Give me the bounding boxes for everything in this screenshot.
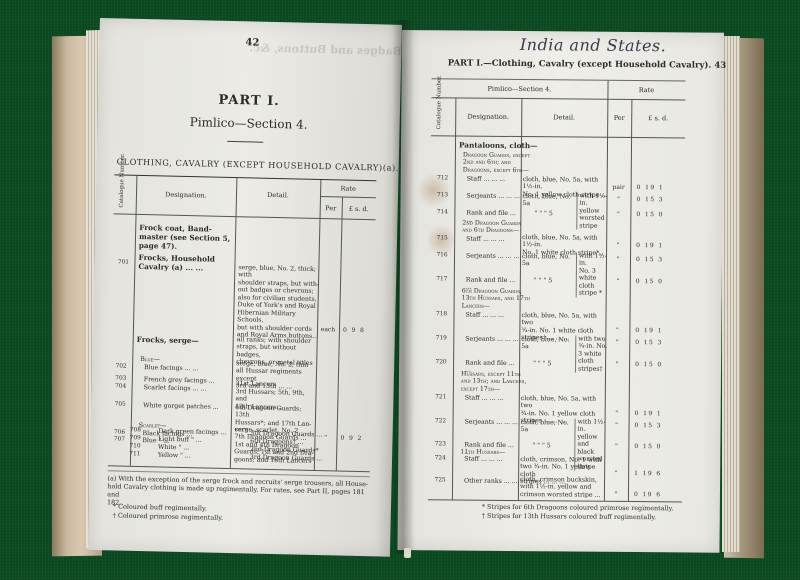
catalogue-number: 703 xyxy=(110,375,132,381)
bookmark-ribbon[interactable] xyxy=(404,548,411,558)
detail-cell: serge, blue, No. 2, thick; with shoulder… xyxy=(237,264,321,340)
header-lsd: £ s. d. xyxy=(631,114,685,122)
header-detail: Detail. xyxy=(521,113,607,122)
header-designation: Designation. xyxy=(136,190,236,200)
handwritten-note: India and States. xyxy=(520,35,667,55)
per-cell: " xyxy=(606,211,630,218)
per-cell: " xyxy=(605,339,629,346)
catalogue-number: 702 xyxy=(110,363,132,369)
catalogue-number: 723 xyxy=(428,441,452,447)
rate-cell: 0 19 1 xyxy=(636,242,664,249)
per-cell: " xyxy=(605,422,629,429)
detail-cell: 3rd Dragoon Guards ... xyxy=(250,454,332,463)
designation-cell: Staff ... ... ... xyxy=(465,395,519,403)
rate-cell: 0 15 3 xyxy=(635,422,663,429)
catalogue-number: 710 xyxy=(124,443,146,449)
rate-cell: 0 15 0 xyxy=(636,278,664,285)
clothing-table: Catalogue Number. Designation. Detail. R… xyxy=(108,174,377,470)
per-cell: " xyxy=(606,256,630,263)
catalogue-number: 720 xyxy=(429,359,453,365)
stripe-detail: with two ¾-in. No. 3 white cloth stripes… xyxy=(575,336,607,373)
footnote-dagger: † Coloured primrose regimentally. xyxy=(113,511,224,522)
designation-cell: Blue facings ... ... xyxy=(144,364,232,373)
rate-cell: 0 19 1 xyxy=(635,410,663,417)
catalogue-number: 719 xyxy=(429,335,453,341)
group-heading: 6th Dragoon Guards, 13th Hussars, and 17… xyxy=(462,288,532,311)
catalogue-number: 725 xyxy=(428,477,452,483)
catalogue-number: 718 xyxy=(429,311,453,317)
catalogue-number: 711 xyxy=(124,451,146,457)
catalogue-number: 708 xyxy=(124,427,146,433)
book-spine-gutter xyxy=(392,20,414,554)
rate-cell: 0 15 3 xyxy=(636,256,664,263)
rate-cell: 0 9 8 xyxy=(343,327,365,335)
per-cell: " xyxy=(604,443,628,450)
designation-cell: Scarlet facings ... ... xyxy=(144,384,232,393)
designation-cell: Staff ... ... ... xyxy=(464,456,518,464)
detail-cell: " " " 5 xyxy=(534,210,574,218)
per-cell: " xyxy=(605,327,629,334)
detail-cell: " " " 5 xyxy=(532,442,572,450)
per-cell: pair xyxy=(607,184,631,191)
part-title: PART I. xyxy=(98,90,400,112)
designation-cell: Other ranks ... ... xyxy=(464,478,518,486)
catalogue-number: 715 xyxy=(430,235,454,241)
per-cell: " xyxy=(606,242,630,249)
header-designation: Designation. xyxy=(455,112,521,121)
catalogue-number: 721 xyxy=(429,394,453,400)
section-heading: Pantaloons, cloth— xyxy=(459,142,538,151)
rate-cell: 0 19 1 xyxy=(637,184,665,191)
designation-cell: Staff ... ... ... xyxy=(466,236,520,244)
table-title: CLOTHING, CAVALRY (EXCEPT HOUSEHOLD CAVA… xyxy=(117,156,400,172)
catalogue-number: 705 xyxy=(109,401,131,407)
rate-cell: 0 15 0 xyxy=(635,361,663,368)
header-per: Per xyxy=(320,204,342,212)
catalogue-number: 701 xyxy=(112,259,134,265)
catalogue-number: 704 xyxy=(110,383,132,389)
designation-cell: Staff ... ... ... xyxy=(465,312,519,320)
designation-cell: Serjeants ... ... ... xyxy=(466,253,520,261)
rate-cell: 0 15 3 xyxy=(635,339,663,346)
group-heading: Hussars, except 11th and 13th; and Lance… xyxy=(461,371,531,394)
detail-cell: " " " 5 xyxy=(534,277,574,285)
header-rate: Rate xyxy=(607,86,685,95)
catalogue-number: 712 xyxy=(431,175,455,181)
catalogue-number: 724 xyxy=(428,455,452,461)
clothing-table-continued: Pimlico—Section 4. Rate Catalogue Number… xyxy=(428,78,686,500)
header-detail: Detail. xyxy=(236,190,320,200)
left-page[interactable]: PART I.—Metal Badges and Buttons, &c. 42… xyxy=(88,18,402,557)
per-cell: " xyxy=(605,361,629,368)
designation-cell: Frocks, serge— xyxy=(137,336,233,347)
detail-cell: cloth, crimson buckskin, with 1½-in. yel… xyxy=(520,476,606,499)
detail-cell: " " " 5 xyxy=(533,360,573,368)
catalogue-number: 713 xyxy=(431,192,455,198)
running-head: PART I.—Clothing, Cavalry (except Househ… xyxy=(448,58,727,70)
rate-cell: 0 15 0 xyxy=(636,211,664,218)
open-book: PART I.—Metal Badges and Buttons, &c. 42… xyxy=(0,0,800,580)
stripe-detail: with 1½-in. No. 3 white cloth stripe * xyxy=(576,253,608,298)
per-cell: " xyxy=(604,491,628,498)
detail-cell: cloth, blue, No. 5a xyxy=(520,419,572,434)
group-heading: Dragoon Guards, except 2nd and 6th; and … xyxy=(463,152,533,175)
header-lsd: £ s. d. xyxy=(342,205,376,214)
per-cell: " xyxy=(606,196,630,203)
designation-cell: Staff ... ... ... xyxy=(467,176,521,184)
header-catalogue-number: Catalogue Number. xyxy=(437,75,443,129)
rate-cell: 1 19 6 xyxy=(634,470,662,477)
catalogue-number: 709 xyxy=(124,435,146,441)
detail-cell: cloth, blue, No. 5a xyxy=(522,193,574,208)
designation-cell: White gorget patches ... xyxy=(143,402,231,411)
per-cell: " xyxy=(606,278,630,285)
rate-cell: 0 15 3 xyxy=(636,196,664,203)
left-table-lower-rows: 708 Dark green facings ... 5th Dragoon G… xyxy=(112,427,403,474)
per-cell: " xyxy=(605,410,629,417)
catalogue-number: 717 xyxy=(430,276,454,282)
footnote-dagger: † Stripes for 13th Hussars coloured buff… xyxy=(482,512,656,522)
header-per: Per xyxy=(607,114,631,122)
footnote-star: * Stripes for 6th Dragoons coloured prim… xyxy=(482,503,674,513)
divider xyxy=(227,141,263,143)
header-catalogue-number: Catalogue Number. xyxy=(120,153,127,207)
header-rate: Rate xyxy=(320,184,376,193)
designation-cell: Serjeants ... ... ... xyxy=(467,193,521,201)
designation-cell: Yellow " ... xyxy=(158,452,246,461)
designation-cell: Frocks, Household Cavalry (a) ... ... xyxy=(138,254,234,274)
group-heading: Blue— xyxy=(140,356,160,364)
rate-cell: 0 19 6 xyxy=(634,491,662,498)
rate-cell: 0 19 1 xyxy=(635,327,663,334)
page-edges-right xyxy=(722,36,740,552)
detail-cell: cloth, blue, No. 5a xyxy=(521,336,573,351)
designation-cell: Serjeants ... ... ... xyxy=(465,336,519,344)
stripe-detail: with 1½- in. yellow worsted stripe xyxy=(576,193,608,230)
designation-cell: Serjeants ... ... ... xyxy=(465,419,519,427)
catalogue-number: 714 xyxy=(430,209,454,215)
per-cell: each xyxy=(317,326,339,333)
header-section: Pimlico—Section 4. xyxy=(431,84,607,94)
catalogue-number: 716 xyxy=(430,252,454,258)
designation-cell: Frock coat, Band- master (see Section 5,… xyxy=(139,224,236,252)
section-title: Pimlico—Section 4. xyxy=(98,113,400,134)
right-page[interactable]: India and States. PART I.—Clothing, Cava… xyxy=(397,30,724,553)
rate-cell: 0 15 0 xyxy=(634,443,662,450)
per-cell: " xyxy=(604,470,628,477)
catalogue-number: 722 xyxy=(429,418,453,424)
detail-cell: cloth, blue, No. 5a xyxy=(522,253,574,268)
page-number: 42 xyxy=(245,37,259,48)
group-heading: 2nd Dragoon Guards and 6th Dragoons— xyxy=(462,220,532,235)
